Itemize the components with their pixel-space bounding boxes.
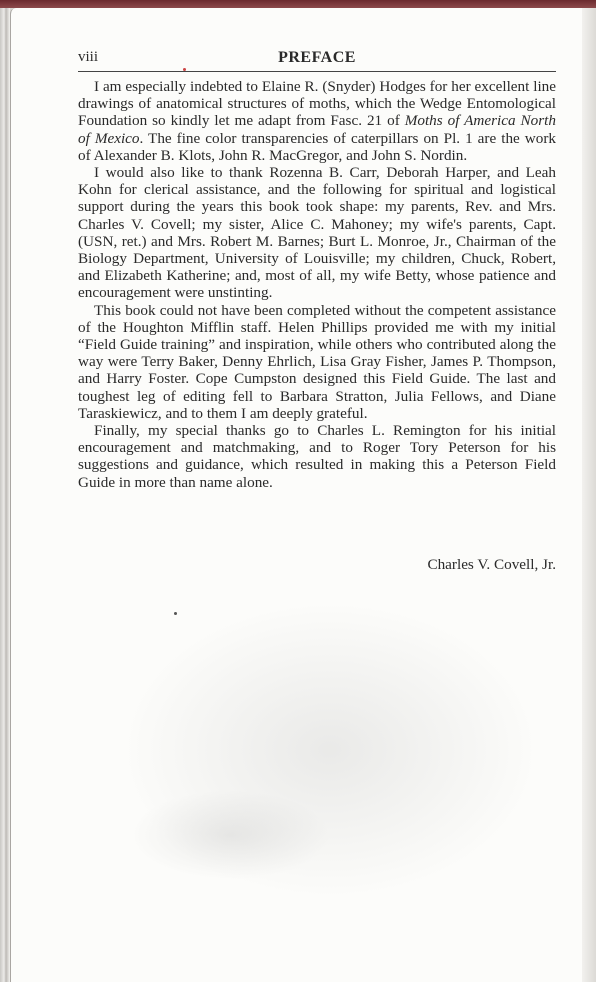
header-rule bbox=[78, 71, 556, 72]
running-head: PREFACE bbox=[78, 49, 556, 67]
paragraph-thanks-family: I would also like to thank Rozenna B. Ca… bbox=[78, 164, 556, 302]
page-gutter-shadow bbox=[582, 8, 596, 982]
paragraph-final-thanks: Finally, my special thanks go to Charles… bbox=[78, 422, 556, 491]
author-signature: Charles V. Covell, Jr. bbox=[427, 556, 556, 574]
paragraph-acknowledgements-drawings: I am especially indebted to Elaine R. (S… bbox=[78, 78, 556, 164]
bleed-through-smudge bbox=[130, 790, 330, 880]
paragraph-publisher-staff: This book could not have been completed … bbox=[78, 302, 556, 422]
preface-body: I am especially indebted to Elaine R. (S… bbox=[78, 78, 556, 491]
paragraph-text: . The fine color transparencies of cater… bbox=[78, 130, 556, 164]
ink-speck bbox=[174, 612, 177, 615]
page-header: viii PREFACE bbox=[78, 49, 556, 71]
ink-speck bbox=[183, 68, 186, 71]
book-binding-edge bbox=[0, 0, 596, 8]
page-stack-edge bbox=[0, 8, 10, 982]
